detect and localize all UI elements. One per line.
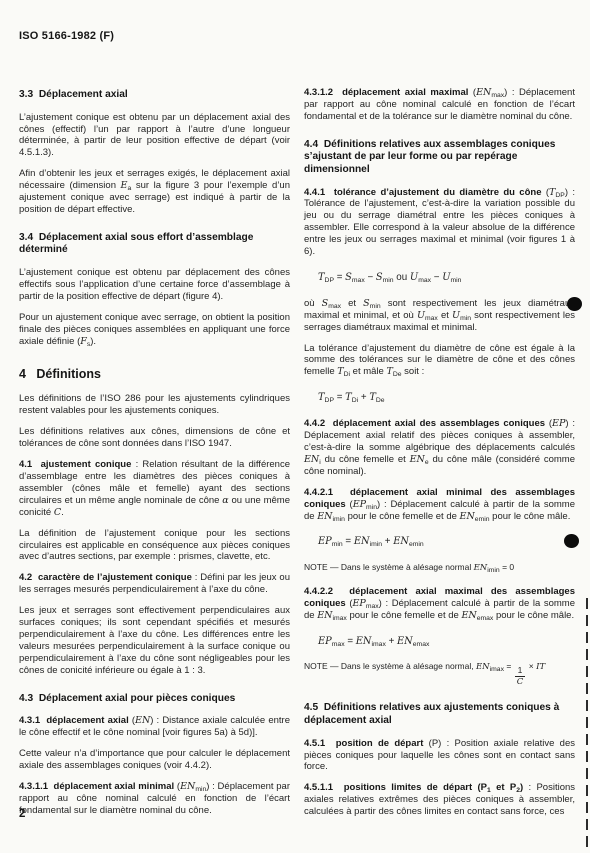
paragraph-3-3-1: L’ajustement conique est obtenu par un d…: [19, 112, 290, 160]
definition-4-5-1: 4.5.1 position de départ (P) : Position …: [304, 738, 575, 774]
definition-4-5-1-1: 4.5.1.1 positions limites de départ (P1 …: [304, 782, 575, 818]
paragraph-4-4-1-note: où Smax et Smin sont respectivement les …: [304, 298, 575, 334]
definition-4-4-1: 4.4.1 tolérance d’ajustement du diamètre…: [304, 187, 575, 258]
section-heading-4-4: 4.4 Définitions relatives aux assemblage…: [304, 139, 575, 177]
scan-edge-dashed-line: [586, 598, 588, 853]
paragraph-3-4-1: L’ajustement conique est obtenu par dépl…: [19, 267, 290, 303]
definition-4-3-1-2: 4.3.1.2 déplacement axial maximal (ENmax…: [304, 87, 575, 123]
formula-tdp-jeux-serrages: TDP = Smax − Smin ou Umax − Umin: [304, 272, 575, 284]
paragraph-4-intro-1: Les définitions de l’ISO 286 pour les aj…: [19, 393, 290, 417]
definition-4-2: 4.2 caractère de l’ajustement conique : …: [19, 572, 290, 596]
left-column: 3.3 Déplacement axial L’ajustement coniq…: [19, 87, 290, 826]
paragraph-4-3-1-note: Cette valeur n’a d’importance que pour c…: [19, 748, 290, 772]
definition-4-3-1-1: 4.3.1.1 déplacement axial minimal (ENmin…: [19, 781, 290, 817]
section-heading-3-4: 3.4 Déplacement axial sous effort d’asse…: [19, 232, 290, 257]
paragraph-4-2-note: Les jeux et serrages sont effectivement …: [19, 605, 290, 676]
document-page: ISO 5166-1982 (F) 3.3 Déplacement axial …: [0, 0, 590, 853]
definition-4-4-2-2: 4.4.2.2 déplacement axial maximal des as…: [304, 586, 575, 622]
paragraph-4-4-1-somme: La tolérance d’ajustement du diamètre de…: [304, 343, 575, 379]
right-column: 4.3.1.2 déplacement axial maximal (ENmax…: [304, 87, 575, 827]
definition-4-4-2: 4.4.2 déplacement axial des assemblages …: [304, 418, 575, 478]
definition-4-4-2-1: 4.4.2.1 déplacement axial minimal des as…: [304, 487, 575, 523]
paragraph-3-3-2: Afin d’obtenir les jeux et serrages exig…: [19, 168, 290, 216]
section-heading-3-3: 3.3 Déplacement axial: [19, 89, 290, 102]
paragraph-4-1-note: La définition de l’ajustement conique po…: [19, 528, 290, 564]
definition-4-3-1: 4.3.1 déplacement axial (EN) : Distance …: [19, 715, 290, 739]
formula-epmax: EPmax = ENimax + ENemax: [304, 636, 575, 648]
section-heading-4-5: 4.5 Définitions relatives aux ajustement…: [304, 702, 575, 727]
note-alesage-normal-min: NOTE — Dans le système à alésage normal …: [304, 562, 575, 574]
formula-tdp-tdi-tde: TDP = TDi + TDe: [304, 392, 575, 404]
paragraph-3-4-2: Pour un ajustement conique avec serrage,…: [19, 312, 290, 348]
paragraph-4-intro-2: Les définitions relatives aux cônes, dim…: [19, 426, 290, 450]
definition-4-1: 4.1 ajustement conique : Relation résult…: [19, 459, 290, 519]
note-alesage-normal-max: NOTE — Dans le système à alésage normal,…: [304, 661, 575, 686]
section-heading-4: 4 Définitions: [19, 367, 290, 381]
formula-epmin: EPmin = ENimin + ENemin: [304, 536, 575, 548]
document-reference-header: ISO 5166-1982 (F): [19, 30, 114, 42]
punch-hole-mark-upper: [567, 297, 582, 311]
section-heading-4-3: 4.3 Déplacement axial pour pièces coniqu…: [19, 693, 290, 706]
punch-hole-mark-lower: [564, 534, 579, 548]
page-number: 2: [19, 808, 25, 820]
